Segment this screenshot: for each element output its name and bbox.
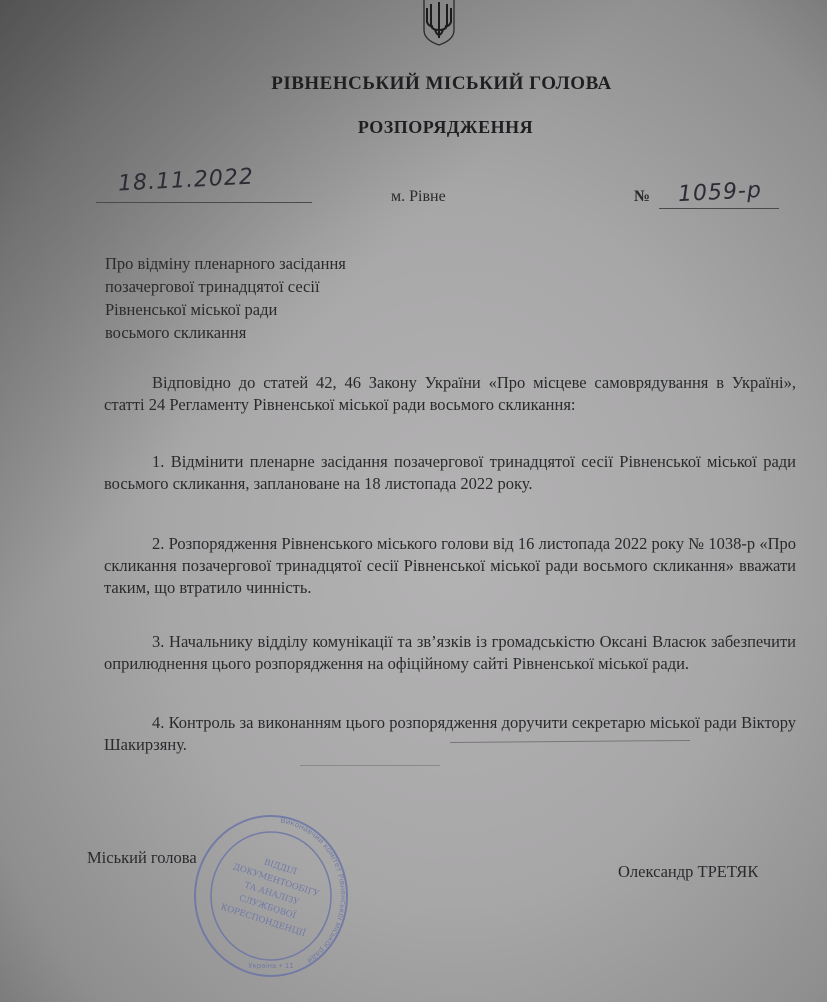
signer-position: Міський голова <box>87 848 197 868</box>
item-paragraph-3: 3. Начальнику відділу комунікації та зв’… <box>104 631 796 675</box>
coat-of-arms-icon <box>421 0 457 46</box>
number-sign: № <box>634 188 650 206</box>
number-underline <box>659 208 779 209</box>
item-paragraph-1: 1. Відмінити пленарне засідання позачерг… <box>104 451 796 495</box>
subject-line: Про відміну пленарного засідання <box>105 252 346 275</box>
svg-text:Україна • 11: Україна • 11 <box>248 962 294 970</box>
subject-line: восьмого скликання <box>105 321 346 344</box>
subject-block: Про відміну пленарного засідання позачер… <box>105 252 346 344</box>
subject-line: Рівненської міської ради <box>105 298 346 321</box>
item-paragraph-2: 2. Розпорядження Рівненського міського г… <box>104 533 796 599</box>
issuer-heading: РІВНЕНСЬКИЙ МІСЬКИЙ ГОЛОВА <box>28 73 827 95</box>
number-handwritten: 1059-р <box>677 178 762 207</box>
signer-name: Олександр ТРЕТЯК <box>618 862 758 882</box>
preamble-paragraph: Відповідно до статей 42, 46 Закону Украї… <box>104 372 796 416</box>
pen-underline-mark <box>300 765 440 766</box>
subject-line: позачергової тринадцятої сесії <box>105 275 346 298</box>
item-paragraph-4: 4. Контроль за виконанням цього розпоряд… <box>104 712 796 756</box>
date-underline <box>96 202 312 203</box>
date-handwritten: 18.11.2022 <box>117 164 254 196</box>
document-type-heading: РОЗПОРЯДЖЕННЯ <box>32 117 827 138</box>
city-label: м. Рівне <box>391 188 446 206</box>
official-stamp: Виконавчий комітет Рівненської міської р… <box>190 808 352 980</box>
